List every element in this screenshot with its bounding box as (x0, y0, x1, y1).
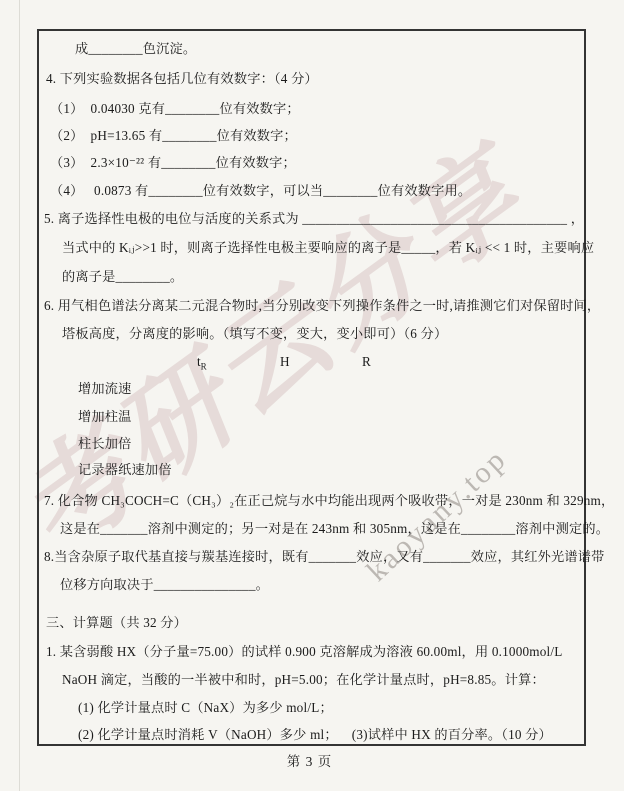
gc-row-increase-column-temp: 增加柱温 (78, 408, 132, 425)
question-5-line-1: 5. 离子选择性电极的电位与活度的关系式为 __________________… (44, 210, 584, 227)
gc-column-plate-height: H (280, 354, 290, 370)
precipitate-fill-line: 成________色沉淀。 (75, 40, 196, 57)
page-number: 第 3 页 (37, 750, 582, 770)
question-7-line-1: 7. 化合物 CH₃COCH=C（CH₃）₂在正己烷与水中均能出现两个吸收带，一… (44, 492, 614, 509)
question-8-line-2: 位移方向取决于_______________。 (60, 576, 269, 593)
scanned-exam-page: 考研云分享 kaoyany.top 成________色沉淀。 4. 下列实验数… (0, 0, 624, 791)
question-8-line-1: 8.当含杂原子取代基直接与羰基连接时，既有_______效应，又有_______… (44, 548, 605, 565)
section-3-title: 三、计算题（共 32 分） (46, 614, 187, 631)
calc-question-1-line-1: 1. 某含弱酸 HX（分子量=75.00）的试样 0.900 克溶解成为溶液 6… (46, 643, 563, 660)
gc-row-double-chart-speed: 记录器纸速加倍 (78, 461, 172, 478)
gc-column-tr-sub: R (201, 362, 207, 372)
question-4-title: 4. 下列实验数据各包括几位有效数字：（4 分） (46, 70, 318, 87)
question-4-item-1: （1） 0.04030 克有________位有效数字； (50, 100, 300, 117)
question-5-line-3: 的离子是________。 (62, 268, 183, 285)
scan-edge-artifact (19, 0, 20, 791)
calc-question-1-sub-1: (1) 化学计量点时 C（NaX）为多少 mol/L； (78, 699, 333, 716)
question-4-item-4: （4） 0.0873 有________位有效数字，可以当________位有效… (50, 182, 471, 199)
question-7-line-2: 这是在_______溶剂中测定的；另一对是在 243nm 和 305nm，这是在… (60, 520, 609, 537)
question-5-line-2: 当式中的 Kᵢⱼ>>1 时，则离子选择性电极主要响应的离子是_____，若 Kᵢ… (62, 239, 594, 256)
question-4-item-2: （2） pH=13.65 有________位有效数字； (50, 127, 297, 144)
gc-row-increase-flow: 增加流速 (78, 380, 132, 397)
question-4-item-3: （3） 2.3×10⁻²² 有________位有效数字； (50, 154, 296, 171)
calc-question-1-sub-2: (2) 化学计量点时消耗 V（NaOH）多少 ml； (3)试样中 HX 的百分… (78, 726, 552, 743)
gc-column-retention-time: tR (197, 354, 207, 372)
calc-question-1-line-2: NaOH 滴定，当酸的一半被中和时，pH=5.00；在化学计量点时，pH=8.8… (62, 671, 545, 688)
gc-row-double-column-length: 柱长加倍 (78, 435, 132, 452)
question-6-line-1: 6. 用气相色谱法分离某二元混合物时,当分别改变下列操作条件之一时,请推测它们对… (44, 297, 600, 314)
gc-column-resolution: R (362, 354, 371, 370)
question-6-line-2: 塔板高度，分离度的影响。（填写不变，变大，变小即可）（6 分） (62, 325, 447, 342)
